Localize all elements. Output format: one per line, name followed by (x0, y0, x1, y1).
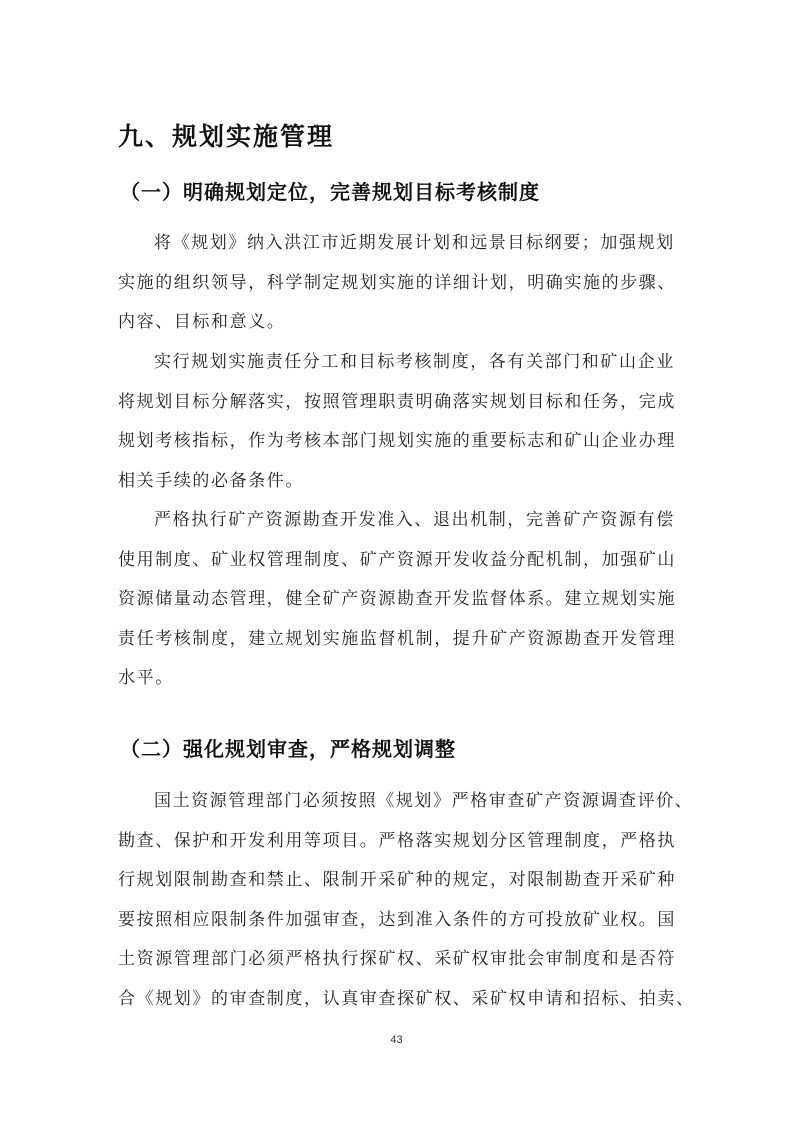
text-line: 将规划目标分解落实，按照管理职责明确落实规划目标和任务，完成 (118, 383, 674, 423)
text-line: 实施的组织领导，科学制定规划实施的详细计划，明确实施的步骤、 (118, 264, 674, 304)
text-line: 内容、目标和意义。 (118, 303, 674, 343)
text-line: 行规划限制勘查和禁止、限制开采矿种的规定，对限制勘查开采矿种 (118, 861, 674, 901)
text-line: 使用制度、矿业权管理制度、矿产资源开发收益分配机制，加强矿山 (118, 541, 674, 581)
text-line: 合《规划》的审查制度，认真审查探矿权、采矿权申请和招标、拍卖、 (118, 980, 674, 1020)
paragraph-1-1: 将《规划》纳入洪江市近期发展计划和远景目标纲要；加强规划 实施的组织领导，科学制… (118, 224, 674, 343)
text-line: 责任考核制度，建立规划实施监督机制，提升矿产资源勘查开发管理 (118, 620, 674, 660)
paragraph-2-1: 国土资源管理部门必须按照《规划》严格审查矿产资源调查评价、 勘查、保护和开发利用… (118, 782, 674, 1019)
section-heading-2: （二）强化规划审查，严格规划调整 (120, 733, 456, 762)
text-line: 要按照相应限制条件加强审查，达到准入条件的方可投放矿业权。国 (118, 901, 674, 941)
text-line: 勘查、保护和开发利用等项目。严格落实规划分区管理制度，严格执 (118, 822, 674, 862)
text-line: 将《规划》纳入洪江市近期发展计划和远景目标纲要；加强规划 (118, 224, 674, 264)
paragraph-1-2: 实行规划实施责任分工和目标考核制度，各有关部门和矿山企业 将规划目标分解落实，按… (118, 343, 674, 501)
text-line: 严格执行矿产资源勘查开发准入、退出机制，完善矿产资源有偿 (118, 501, 674, 541)
text-line: 土资源管理部门必须严格执行探矿权、采矿权审批会审制度和是否符 (118, 940, 674, 980)
text-line: 相关手续的必备条件。 (118, 462, 674, 502)
page-number: 43 (0, 1034, 793, 1046)
text-line: 规划考核指标，作为考核本部门规划实施的重要标志和矿山企业办理 (118, 422, 674, 462)
chapter-title: 九、规划实施管理 (118, 117, 334, 153)
text-line: 水平。 (118, 659, 674, 699)
document-page: 九、规划实施管理 （一）明确规划定位，完善规划目标考核制度 将《规划》纳入洪江市… (0, 0, 793, 1122)
section-heading-1: （一）明确规划定位，完善规划目标考核制度 (120, 176, 540, 205)
paragraph-1-3: 严格执行矿产资源勘查开发准入、退出机制，完善矿产资源有偿 使用制度、矿业权管理制… (118, 501, 674, 699)
text-line: 国土资源管理部门必须按照《规划》严格审查矿产资源调查评价、 (118, 782, 674, 822)
text-line: 实行规划实施责任分工和目标考核制度，各有关部门和矿山企业 (118, 343, 674, 383)
text-line: 资源储量动态管理，健全矿产资源勘查开发监督体系。建立规划实施 (118, 580, 674, 620)
